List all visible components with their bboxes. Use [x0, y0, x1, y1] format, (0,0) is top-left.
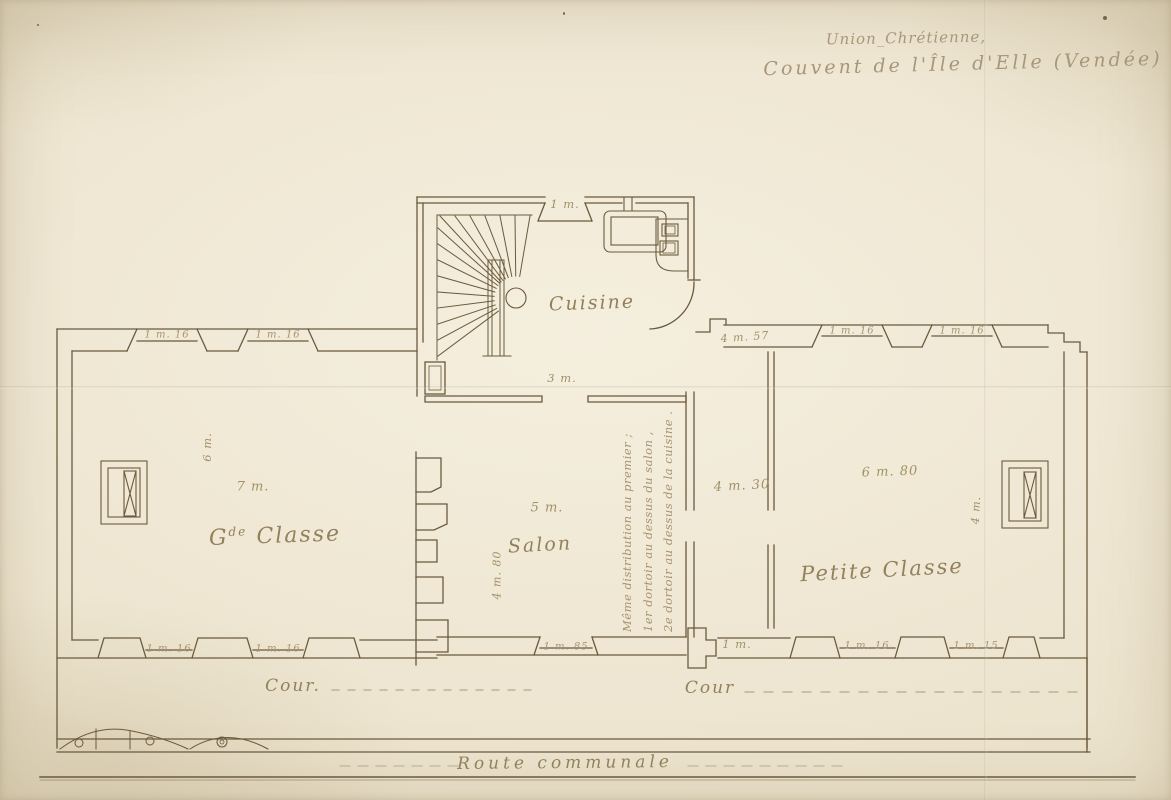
stove-icon	[604, 197, 666, 252]
dim-window-4: 1 m. 16	[939, 326, 984, 337]
dim-kitchen-door: 1 m.	[550, 197, 580, 211]
dim-gc-width: 7 m.	[237, 480, 270, 495]
grande-classe-name: Classe	[256, 521, 341, 549]
floor-plan-sheet: Union_Chrétienne, Couvent de l'Île d'Ell…	[0, 0, 1171, 800]
dim-window-7: 1 m. 16	[844, 641, 889, 652]
paper-speck	[37, 24, 39, 26]
grande-classe-sup: de	[228, 524, 247, 539]
first-floor-annotation: Même distribution au premier ; 1er dorto…	[617, 398, 679, 632]
dim-window-5: 1 m. 16	[146, 644, 191, 655]
fireplace-right-icon	[1002, 461, 1048, 528]
sheet-title-line1: Union_Chrétienne,	[826, 28, 986, 49]
dim-salon-width: 5 m.	[531, 501, 564, 516]
room-label-salon: Salon	[507, 532, 572, 557]
dim-window-2: 1 m. 16	[255, 330, 300, 341]
paper-speck	[1103, 16, 1107, 20]
dim-salon-depth: 4 m. 80	[491, 551, 504, 600]
cour-label-right: Cour	[685, 678, 735, 698]
dim-window-3: 1 m. 16	[829, 326, 874, 337]
annotation-line-1: Même distribution au premier ;	[617, 398, 638, 632]
grande-classe-g: G	[209, 525, 229, 551]
dim-kitchen-passage: 3 m.	[547, 371, 577, 385]
cour-label-left: Cour.	[265, 676, 321, 696]
dim-corridor-width: 4 m. 30	[713, 477, 770, 495]
annotation-line-3: 2e dortoir au dessus de la cuisine .	[658, 398, 679, 632]
dim-pillar: 1 m.	[722, 637, 752, 651]
dim-pc-width: 6 m. 80	[861, 464, 918, 481]
room-label-grande-classe: Gde Classe	[209, 521, 342, 551]
dim-window-1: 1 m. 16	[144, 330, 189, 341]
dim-salon-window: 1 m. 85	[543, 642, 588, 653]
kitchen-counter-icon	[656, 219, 688, 271]
dim-window-8: 1 m. 15	[953, 641, 998, 652]
dim-gc-depth: 6 m.	[200, 432, 214, 462]
courtyard-dashes	[332, 690, 1078, 766]
dim-pc-depth: 4 m.	[969, 495, 983, 524]
route-communale-label: Route communale	[457, 752, 673, 774]
dim-window-6: 1 m. 16	[255, 644, 300, 655]
paper-speck	[563, 12, 565, 15]
plan-drawing	[0, 0, 1171, 800]
staircase-icon	[437, 215, 532, 360]
annotation-line-2: 1er dortoir au dessus du salon ,	[638, 398, 659, 632]
wall-pillar	[688, 628, 716, 668]
fireplace-left-icon	[101, 461, 147, 524]
room-label-cuisine: Cuisine	[549, 291, 636, 316]
